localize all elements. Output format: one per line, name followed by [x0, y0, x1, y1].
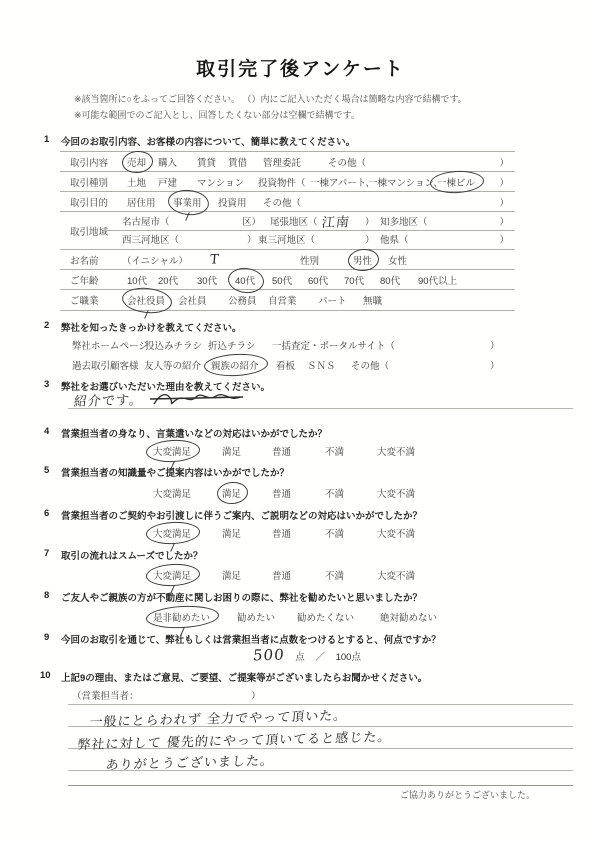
- option-other-open: その他（: [351, 358, 389, 372]
- answer-rule-line: [68, 408, 573, 409]
- row-label-purpose: 取引目的: [70, 195, 108, 209]
- option-definitely-recommend-circled: 是非勧めたい: [153, 610, 210, 624]
- handwritten-region-value: 江南: [321, 211, 351, 231]
- table-row-content: 取引内容 売却 購入 賃貸 賃借 管理委託 その他（ ）: [60, 152, 515, 172]
- option-relative-referral-circled: 親族の紹介: [211, 358, 259, 372]
- comment-line-2: 弊社に対して 優先的にやって頂いてると感じた。: [77, 726, 393, 753]
- agent-field-label: （営業担当者：: [72, 691, 139, 702]
- option-neutral: 普通: [272, 568, 291, 582]
- question-5-text: 営業担当者の知識量やご提案内容はいかがでしたか？: [61, 465, 289, 479]
- table-row-name: お名前 （イニシャル） T 性別 男性 女性: [60, 250, 515, 270]
- option-neutral: 普通: [272, 486, 291, 500]
- option-never-recommend: 絶対勧めない: [380, 610, 437, 624]
- option-very-dissatisfied: 大変不満: [377, 444, 415, 458]
- closing-rule: [68, 785, 573, 786]
- handwritten-initial: T: [209, 252, 220, 267]
- question-10-number: 10: [40, 670, 58, 684]
- question-8-number: 8: [44, 590, 58, 604]
- field-taken-close: ）: [499, 232, 509, 246]
- option-friend-referral: 友人等の紹介: [144, 358, 201, 372]
- comment-line-3: ありがとうございました。: [105, 750, 275, 773]
- field-owari-open: 尾張地区（: [270, 214, 318, 228]
- question-4-options: 大変満足 満足 普通 不満 大変不満: [0, 444, 601, 458]
- option-part-time: パート: [318, 293, 347, 307]
- question-5-number: 5: [44, 465, 58, 479]
- option-buy: 購入: [158, 155, 177, 169]
- option-land: 土地: [127, 175, 146, 189]
- option-satisfied: 満足: [222, 526, 241, 540]
- option-unemployed: 無職: [363, 293, 382, 307]
- score-unit: 点: [295, 652, 305, 663]
- option-satisfied: 満足: [222, 568, 241, 582]
- field-owari-close: ）: [365, 214, 375, 228]
- option-age-80s: 80代: [380, 273, 400, 287]
- question-6-number: 6: [44, 508, 58, 522]
- question-7-number: 7: [44, 548, 58, 562]
- option-age-40s-circled: 40代: [235, 273, 255, 287]
- question-2-text: 弊社を知ったきっかけを教えてください。: [61, 320, 242, 334]
- question-4-number: 4: [44, 426, 58, 440]
- question-2-options-line2: 過去取引顧客様 友人等の紹介 親族の紹介 看板 ＳＮＳ その他（ ）: [0, 358, 601, 372]
- field-chita-close: ）: [499, 214, 509, 228]
- handwritten-comment-3: ありがとうございました。: [106, 752, 274, 771]
- row-label-type: 取引種別: [70, 175, 108, 189]
- question-7: 7 取引の流れはスムーズでしたか？: [44, 548, 203, 562]
- option-very-satisfied-circled: 大変満足: [153, 444, 191, 458]
- field-nagoya-open: 名古屋市（: [122, 214, 170, 228]
- option-very-satisfied-circled: 大変満足: [153, 568, 191, 582]
- question-3-number: 3: [44, 379, 58, 393]
- field-nagoya-close: 区）: [242, 214, 261, 228]
- question-6-options: 大変満足 満足 普通 不満 大変不満: [0, 526, 601, 540]
- paren-close: ）: [499, 175, 509, 189]
- option-investment-open: 投資物件（: [258, 175, 306, 189]
- field-higashimikawa-close: ）: [365, 232, 375, 246]
- transaction-table: 取引内容 売却 購入 賃貸 賃借 管理委託 その他（ ） 取引種別 土地 戸建 …: [60, 151, 515, 311]
- paren-close: ）: [490, 358, 500, 372]
- row-label-occupation: ご職業: [70, 293, 99, 307]
- option-satisfied: 満足: [222, 444, 241, 458]
- option-house: 戸建: [158, 175, 177, 189]
- question-7-options: 大変満足 満足 普通 不満 大変不満: [0, 568, 601, 582]
- handwritten-comment-2: 弊社に対して 優先的にやって頂いてると感じた。: [78, 730, 391, 749]
- option-male-circled: 男性: [353, 253, 372, 267]
- question-8: 8 ご友人やご親族の方が不動産に関しお困りの際に、弊社を勧めたいと思いましたか？: [44, 590, 422, 604]
- agent-field: （営業担当者： ）: [72, 688, 261, 702]
- score-max: 100点: [336, 652, 361, 663]
- option-office-bldg-circled: 一棟ビル: [437, 175, 475, 189]
- question-9: 9 今回のお取引を通じて、弊社もしくは営業担当者に点数をつけるとすると、何点です…: [44, 632, 441, 646]
- question-4: 4 営業担当者の身なり、言葉遣いなどの対応はいかがでしたか？: [44, 426, 327, 440]
- question-2-options-line1: 弊社ホームページ 投込みチラシ 折込チラシ 一括査定・ポータルサイト（ ）: [0, 338, 601, 352]
- region-line-2: 西三河地区（ ） 東三河地区（ ） 他県（ ）: [60, 230, 515, 248]
- question-2: 2 弊社を知ったきっかけを教えてください。: [44, 320, 242, 334]
- option-investment-use: 投資用: [218, 195, 247, 209]
- option-age-50s: 50代: [272, 273, 292, 287]
- option-very-satisfied-circled: 大変満足: [153, 526, 191, 540]
- question-1-text: 今回のお取引内容、お客様の内容について、簡単に教えてください。: [61, 134, 355, 148]
- row-label-content: 取引内容: [70, 155, 108, 169]
- option-signboard: 看板: [276, 358, 295, 372]
- question-1-number: 1: [44, 134, 58, 148]
- option-portal-open: 一括査定・ポータルサイト（: [272, 338, 395, 352]
- table-row-occupation: ご職業 会社役員 会社員 公務員 自営業 パート 無職: [60, 290, 515, 311]
- option-neutral: 普通: [272, 526, 291, 540]
- question-8-options: 是非勧めたい 勧めたい 勧めたくない 絶対勧めない: [0, 610, 601, 624]
- option-neutral: 普通: [272, 444, 291, 458]
- option-apartment-bldg: 一棟アパート、: [310, 175, 375, 189]
- option-lease-out: 賃貸: [197, 155, 216, 169]
- option-business-circled: 事業用: [173, 195, 202, 209]
- page-title: 取引完了後アンケート: [0, 54, 601, 81]
- option-very-dissatisfied: 大変不満: [377, 486, 415, 500]
- comment-line-1: 一般にとらわれず 全力でやって頂いた。: [89, 705, 349, 731]
- thank-you-note: ご協力ありがとうございました。: [400, 788, 535, 801]
- option-age-10s: 10代: [127, 273, 147, 287]
- option-recommend: 勧めたい: [237, 610, 275, 624]
- question-6-text: 営業担当者のご契約やお引渡しに伴うご案内、ご説明などの対応はいかがでしたか？: [61, 508, 422, 522]
- option-dropped-flyer: 投込みチラシ: [145, 338, 202, 352]
- option-dissatisfied: 不満: [325, 444, 344, 458]
- handwritten-comment-1: 一般にとらわれず 全力でやって頂いた。: [90, 708, 347, 727]
- field-higashimikawa-open: 東三河地区（: [258, 232, 315, 246]
- option-sns: ＳＮＳ: [307, 358, 336, 372]
- field-nishimikawa-open: 西三河地区（: [122, 232, 179, 246]
- note-line-2: ※可能な範囲でのご記入とし、回答したくない部分は空欄で結構です。: [74, 107, 467, 123]
- question-1: 1 今回のお取引内容、お客様の内容について、簡単に教えてください。: [44, 134, 355, 148]
- score-separator: ／: [315, 652, 325, 663]
- question-6: 6 営業担当者のご契約やお引渡しに伴うご案内、ご説明などの対応はいかがでしたか？: [44, 508, 422, 522]
- option-female: 女性: [388, 253, 407, 267]
- question-3-answer-area: 紹介です。: [74, 390, 143, 409]
- score-area: 500 点 ／ 100点: [253, 646, 361, 664]
- option-management: 管理委託: [263, 155, 301, 169]
- option-other-open: その他（: [263, 195, 301, 209]
- region-line-1: 名古屋市（ 区） 尾張地区（ 江南 ） 知多地区（ ）: [60, 212, 515, 230]
- survey-sheet: 取引完了後アンケート ※該当箇所に○をふってご回答ください。 （）内にご記入いた…: [0, 0, 601, 841]
- option-age-60s: 60代: [308, 273, 328, 287]
- agent-field-close: ）: [251, 691, 261, 702]
- question-7-text: 取引の流れはスムーズでしたか？: [61, 548, 203, 562]
- option-very-satisfied: 大変満足: [153, 486, 191, 500]
- option-dissatisfied: 不満: [325, 486, 344, 500]
- paren-close: ）: [499, 155, 509, 169]
- row-label-name: お名前: [70, 253, 99, 267]
- handwritten-score: 500: [252, 646, 285, 665]
- note-line-1: ※該当箇所に○をふってご回答ください。 （）内にご記入いただく場合は簡略な内容で…: [74, 91, 467, 107]
- question-9-number: 9: [44, 632, 58, 646]
- option-employee: 会社員: [178, 293, 207, 307]
- option-very-dissatisfied: 大変不満: [377, 568, 415, 582]
- question-2-number: 2: [44, 320, 58, 334]
- option-civil-servant: 公務員: [228, 293, 257, 307]
- option-self-employed: 自営業: [268, 293, 297, 307]
- question-10-text: 上記9の理由、またはご意見、ご要望、ご提案等がございましたらお聞かせください。: [61, 670, 427, 684]
- table-row-region: 取引地域 名古屋市（ 区） 尾張地区（ 江南 ） 知多地区（ ） 西三河地区（ …: [60, 212, 515, 250]
- question-10: 10 上記9の理由、またはご意見、ご要望、ご提案等がございましたらお聞かせくださ…: [40, 670, 427, 684]
- field-taken-open: 他県（: [380, 232, 409, 246]
- row-label-age: ご年齢: [70, 273, 99, 287]
- option-sell-circled: 売却: [127, 155, 146, 169]
- option-satisfied-circled: 満足: [222, 486, 241, 500]
- option-age-20s: 20代: [158, 273, 178, 287]
- option-very-dissatisfied: 大変不満: [377, 526, 415, 540]
- option-homepage: 弊社ホームページ: [72, 338, 148, 352]
- initial-label: （イニシャル）: [122, 253, 188, 267]
- field-chita-open: 知多地区（: [380, 214, 428, 228]
- option-age-30s: 30代: [197, 273, 217, 287]
- option-other-open: その他（: [328, 155, 366, 169]
- field-nishimikawa-close: ）: [247, 232, 257, 246]
- option-executive-circled: 会社役員: [127, 293, 165, 307]
- option-mansion: マンション: [197, 175, 244, 189]
- option-dissatisfied: 不満: [325, 526, 344, 540]
- question-9-text: 今回のお取引を通じて、弊社もしくは営業担当者に点数をつけるとすると、何点ですか？: [61, 632, 441, 646]
- sex-label: 性別: [300, 253, 319, 267]
- question-5-options: 大変満足 満足 普通 不満 大変不満: [0, 486, 601, 500]
- table-row-age: ご年齢 10代 20代 30代 40代 50代 60代 70代 80代 90代以…: [60, 270, 515, 290]
- question-8-text: ご友人やご親族の方が不動産に関しお困りの際に、弊社を勧めたいと思いましたか？: [61, 590, 422, 604]
- question-5: 5 営業担当者の知識量やご提案内容はいかがでしたか？: [44, 465, 289, 479]
- paren-close: ）: [499, 195, 509, 209]
- table-row-purpose: 取引目的 居住用 事業用 投資用 その他（ ）: [60, 192, 515, 212]
- handwritten-reason: 紹介です。: [73, 389, 144, 410]
- option-not-recommend: 勧めたくない: [297, 610, 354, 624]
- option-age-70s: 70代: [344, 273, 364, 287]
- paren-close: ）: [490, 338, 500, 352]
- option-rent: 賃借: [228, 155, 247, 169]
- option-dissatisfied: 不満: [325, 568, 344, 582]
- option-mansion-bldg: 一棟マンション、: [368, 175, 443, 189]
- option-residential: 居住用: [127, 195, 156, 209]
- instruction-notes: ※該当箇所に○をふってご回答ください。 （）内にご記入いただく場合は簡略な内容で…: [74, 91, 467, 123]
- option-past-customer: 過去取引顧客様: [72, 358, 139, 372]
- option-age-90s: 90代以上: [418, 273, 457, 287]
- table-row-type: 取引種別 土地 戸建 マンション 投資物件（ 一棟アパート、 一棟マンション、 …: [60, 172, 515, 192]
- option-inserted-flyer: 折込チラシ: [208, 338, 256, 352]
- question-4-text: 営業担当者の身なり、言葉遣いなどの対応はいかがでしたか？: [61, 426, 327, 440]
